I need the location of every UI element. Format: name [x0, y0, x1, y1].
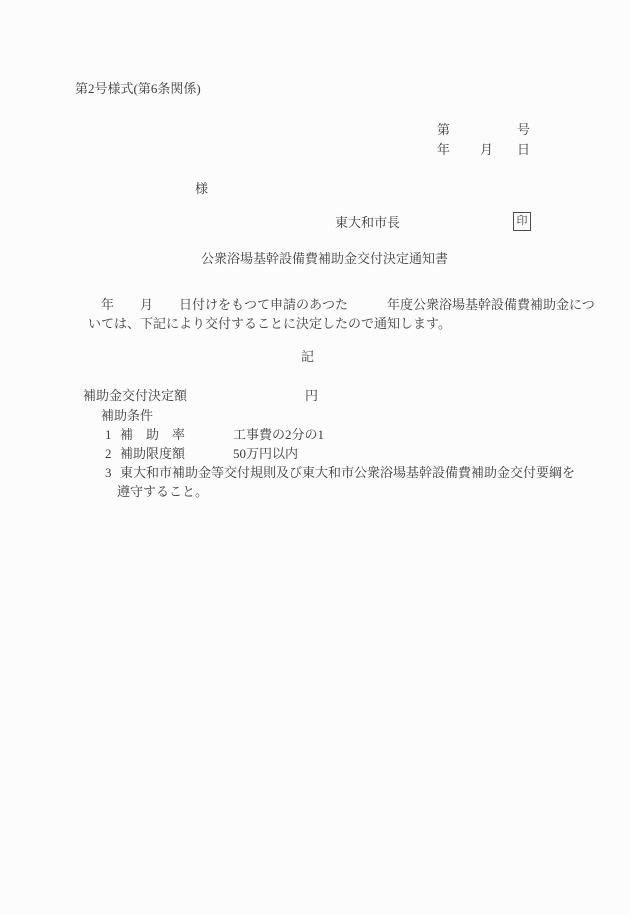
doc-number-prefix: 第 [437, 121, 450, 138]
date-day-label: 日 [517, 141, 530, 158]
record-marker: 記 [301, 348, 314, 365]
condition-value: 工事費の2分の1 [233, 426, 324, 443]
seal-stamp: 印 [517, 216, 528, 227]
doc-number-suffix: 号 [517, 121, 530, 138]
condition-label: 東大和市補助金等交付規則及び東大和市公衆浴場基幹設備費補助金交付要綱を [120, 464, 575, 481]
seal-stamp-box: 印 [513, 212, 531, 231]
grant-amount-unit: 円 [305, 387, 318, 404]
grant-amount-label: 補助金交付決定額 [83, 387, 187, 404]
condition-label: 補 助 率 [120, 426, 185, 443]
document-page: 第2号様式(第6条関係) 第 号 年 月 日 様 東大和市長 印 公衆浴場基幹設… [0, 0, 630, 915]
condition-number: 2 [105, 445, 112, 462]
document-title: 公衆浴場基幹設備費補助金交付決定通知書 [201, 250, 448, 267]
condition-value: 50万円以内 [233, 445, 298, 462]
date-year-label: 年 [437, 141, 450, 158]
condition-number: 3 [105, 464, 112, 481]
condition-number: 1 [105, 426, 112, 443]
date-month-label: 月 [480, 141, 493, 158]
addressee-honorific: 様 [195, 180, 208, 197]
condition-label: 補助限度額 [120, 445, 185, 462]
form-number: 第2号様式(第6条関係) [75, 80, 201, 97]
sender-name: 東大和市長 [335, 214, 400, 231]
condition-continuation: 遵守すること。 [117, 483, 208, 500]
conditions-heading: 補助条件 [101, 407, 153, 424]
body-paragraph-line2: いては、下記により交付することに決定したので通知します。 [88, 315, 451, 332]
body-paragraph-line1: 年 月 日付けをもつて申請のあつた 年度公衆浴場基幹設備費補助金につ [88, 296, 595, 313]
